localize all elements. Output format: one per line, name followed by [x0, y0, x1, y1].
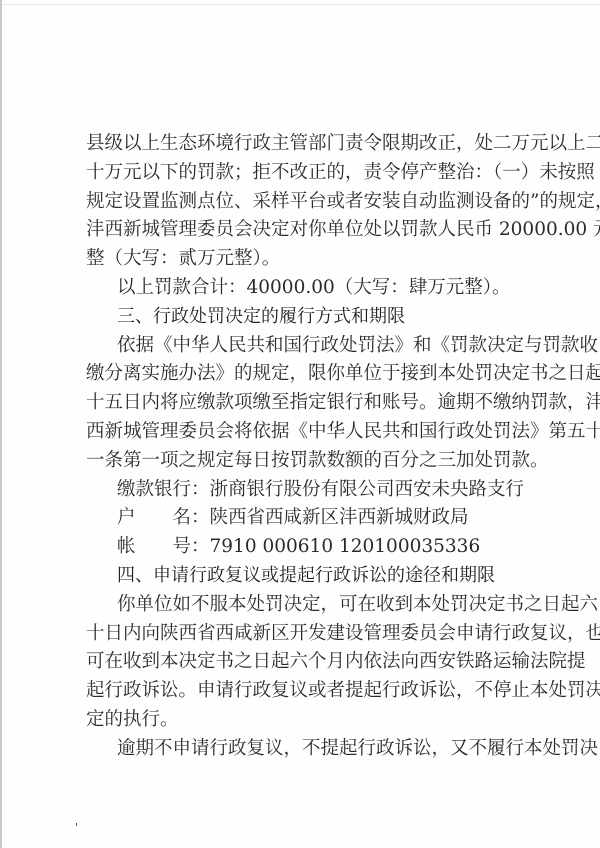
text-line: 规定设置监测点位、采样平台或者安装自动监测设备的”的规定， — [86, 188, 530, 217]
total-fine: 以上罚款合计：40000.00（大写：肆万元整）。 — [86, 274, 530, 303]
text-line: 一条第一项之规定每日按罚款数额的百分之三加处罚款。 — [86, 447, 530, 476]
document-page: 县级以上生态环境行政主管部门责令限期改正，处二万元以上二 十万元以下的罚款；拒不… — [0, 0, 600, 848]
text-line: 十日内向陕西省西咸新区开发建设管理委员会申请行政复议，也 — [86, 620, 530, 649]
bank-row: 缴款银行：浙商银行股份有限公司西安未央路支行 — [86, 476, 530, 505]
account-name-row: 户 名：陕西省西咸新区沣西新城财政局 — [86, 504, 530, 533]
document-body: 县级以上生态环境行政主管部门责令限期改正，处二万元以上二 十万元以下的罚款；拒不… — [86, 130, 530, 764]
text-line: 依据《中华人民共和国行政处罚法》和《罚款决定与罚款收 — [86, 332, 530, 361]
text-line: 缴分离实施办法》的规定，限你单位于接到本处罚决定书之日起 — [86, 360, 530, 389]
section-3-paragraph: 依据《中华人民共和国行政处罚法》和《罚款决定与罚款收 缴分离实施办法》的规定，限… — [86, 332, 530, 476]
text-line: 可在收到本决定书之日起六个月内依法向西安铁路运输法院提 — [86, 648, 530, 677]
bank-label: 缴款银行： — [117, 476, 210, 505]
text-line: 沣西新城管理委员会决定对你单位处以罚款人民币 20000.00 元 — [86, 216, 530, 245]
text-line: 定的执行。 — [86, 706, 530, 735]
bank-value: 浙商银行股份有限公司西安未央路支行 — [210, 479, 525, 500]
account-number-label: 帐 号： — [117, 533, 210, 562]
account-name-label: 户 名： — [117, 504, 210, 533]
fine-paragraph: 县级以上生态环境行政主管部门责令限期改正，处二万元以上二 十万元以下的罚款；拒不… — [86, 130, 530, 274]
section-4-heading: 四、申请行政复议或提起行政诉讼的途径和期限 — [86, 562, 530, 591]
text-line: 十五日内将应缴款项缴至指定银行和账号。逾期不缴纳罚款，沣 — [86, 389, 530, 418]
text-line: 起行政诉讼。申请行政复议或者提起行政诉讼，不停止本处罚决 — [86, 677, 530, 706]
text-line: 十万元以下的罚款；拒不改正的，责令停产整治：（一）未按照 — [86, 159, 530, 188]
account-name-value: 陕西省西咸新区沣西新城财政局 — [210, 507, 469, 528]
text-line: 你单位如不服本处罚决定，可在收到本处罚决定书之日起六 — [86, 591, 530, 620]
text-line: 县级以上生态环境行政主管部门责令限期改正，处二万元以上二 — [86, 130, 530, 159]
section-3-heading: 三、行政处罚决定的履行方式和期限 — [86, 303, 530, 332]
section-4-paragraph-1: 你单位如不服本处罚决定，可在收到本处罚决定书之日起六 十日内向陕西省西咸新区开发… — [86, 591, 530, 735]
scan-speck — [76, 823, 77, 826]
text-line: 整（大写：贰万元整）。 — [86, 245, 530, 274]
section-4-paragraph-2: 逾期不申请行政复议，不提起行政诉讼，又不履行本处罚决 — [86, 735, 530, 764]
text-line: 西新城管理委员会将依据《中华人民共和国行政处罚法》第五十 — [86, 418, 530, 447]
page-top-edge — [2, 4, 600, 5]
account-number-value: 7910 000610 120100035336 — [210, 536, 481, 557]
account-number-row: 帐 号：7910 000610 120100035336 — [86, 533, 530, 562]
text-line: 逾期不申请行政复议，不提起行政诉讼，又不履行本处罚决 — [86, 735, 530, 764]
payment-info: 缴款银行：浙商银行股份有限公司西安未央路支行 户 名：陕西省西咸新区沣西新城财政… — [86, 476, 530, 562]
